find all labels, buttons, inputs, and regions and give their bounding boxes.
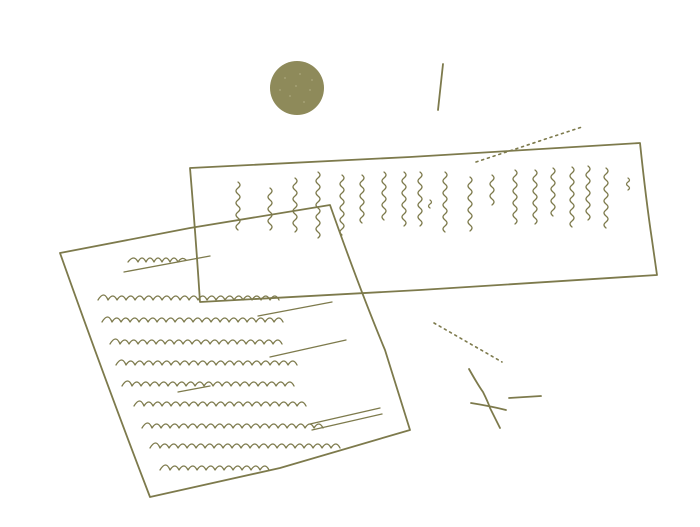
short-stroke [438,64,443,110]
sun-dot-icon [270,61,324,115]
cursive-letter [60,205,410,497]
dotted-line-upper [476,127,582,162]
vertical-script-letter [190,143,657,302]
illustration-canvas [0,0,700,527]
cross-mark [469,369,541,428]
dotted-line-lower [434,323,502,362]
